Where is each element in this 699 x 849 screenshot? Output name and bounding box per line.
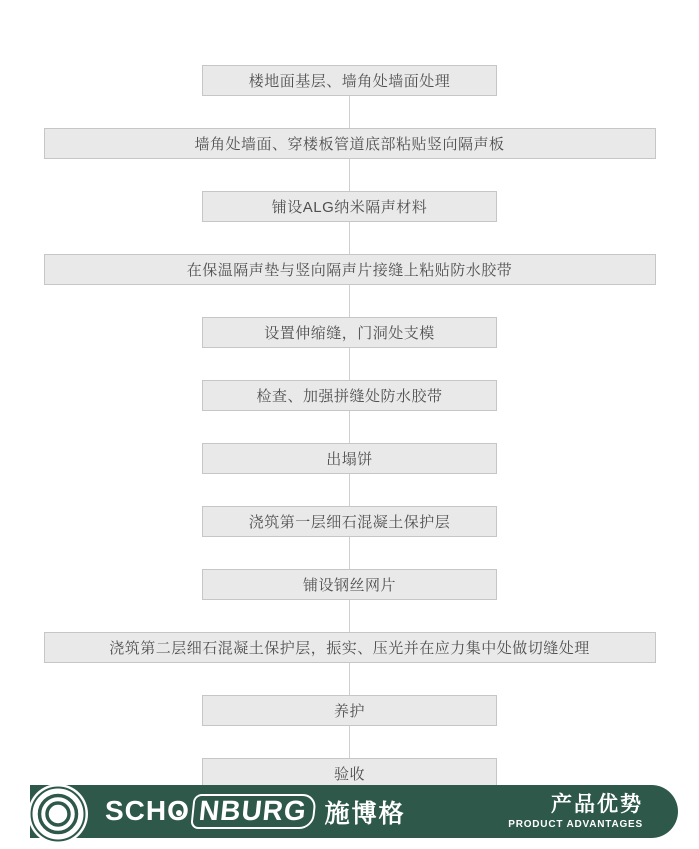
flow-step-box: 设置伸缩缝，门洞处支模 <box>202 317 497 348</box>
flow-step-label: 检查、加强拼缝处防水胶带 <box>256 385 442 406</box>
brand-prefix: SCH <box>105 795 167 827</box>
flow-step-label: 设置伸缩缝，门洞处支模 <box>264 322 435 343</box>
flow-step-label: 墙角处墙面、穿楼板管道底部粘贴竖向隔声板 <box>194 133 504 154</box>
flow-connector <box>349 537 350 569</box>
flow-step-label: 出塌饼 <box>326 448 373 469</box>
tagline-english: PRODUCT ADVANTAGES <box>508 819 643 830</box>
flow-step-label: 在保温隔声垫与竖向隔声片接缝上粘贴防水胶带 <box>187 259 513 280</box>
flow-step-label: 楼地面基层、墙角处墙面处理 <box>249 70 451 91</box>
flow-connector <box>349 96 350 128</box>
brand-suffix: NBURG <box>190 794 316 829</box>
flow-connector <box>349 726 350 758</box>
flow-connector <box>349 411 350 443</box>
tagline-chinese: 产品优势 <box>508 793 643 816</box>
flow-step-label: 浇筑第二层细石混凝土保护层，振实、压光并在应力集中处做切缝处理 <box>109 637 590 658</box>
brand-chinese-name: 施博格 <box>325 794 406 830</box>
footer-banner: SCHONBURG 施博格 产品优势 PRODUCT ADVANTAGES <box>30 785 678 838</box>
footer-tagline: 产品优势 PRODUCT ADVANTAGES <box>508 793 643 829</box>
flow-connector <box>349 474 350 506</box>
flow-step-label: 铺设ALG纳米隔声材料 <box>272 196 428 217</box>
flow-step-box: 铺设钢丝网片 <box>202 569 497 600</box>
flow-step-label: 浇筑第一层细石混凝土保护层 <box>249 511 451 532</box>
flow-connector <box>349 600 350 632</box>
flow-step-box: 铺设ALG纳米隔声材料 <box>202 191 497 222</box>
flow-step-box: 养护 <box>202 695 497 726</box>
flow-step-label: 验收 <box>334 763 365 784</box>
flow-step-label: 养护 <box>334 700 365 721</box>
flow-step-box: 在保温隔声垫与竖向隔声片接缝上粘贴防水胶带 <box>44 254 656 285</box>
flow-step-label: 铺设钢丝网片 <box>303 574 396 595</box>
flow-step-box: 楼地面基层、墙角处墙面处理 <box>202 65 497 96</box>
flow-step-box: 检查、加强拼缝处防水胶带 <box>202 380 497 411</box>
flow-connector <box>349 159 350 191</box>
flow-step-box: 浇筑第二层细石混凝土保护层，振实、压光并在应力集中处做切缝处理 <box>44 632 656 663</box>
flow-step-box: 墙角处墙面、穿楼板管道底部粘贴竖向隔声板 <box>44 128 656 159</box>
flow-connector <box>349 663 350 695</box>
flow-connector <box>349 222 350 254</box>
flow-step-box: 浇筑第一层细石混凝土保护层 <box>202 506 497 537</box>
brand-latin-name: SCHONBURG <box>105 794 315 829</box>
brand-rings-logo-icon <box>27 783 89 845</box>
brand-wordmark: SCHONBURG 施博格 <box>105 794 406 830</box>
brand-o-ring-icon: O <box>167 795 190 827</box>
flowchart: 楼地面基层、墙角处墙面处理 墙角处墙面、穿楼板管道底部粘贴竖向隔声板 铺设ALG… <box>0 0 699 789</box>
flow-step-box: 出塌饼 <box>202 443 497 474</box>
flow-connector <box>349 285 350 317</box>
flow-connector <box>349 348 350 380</box>
